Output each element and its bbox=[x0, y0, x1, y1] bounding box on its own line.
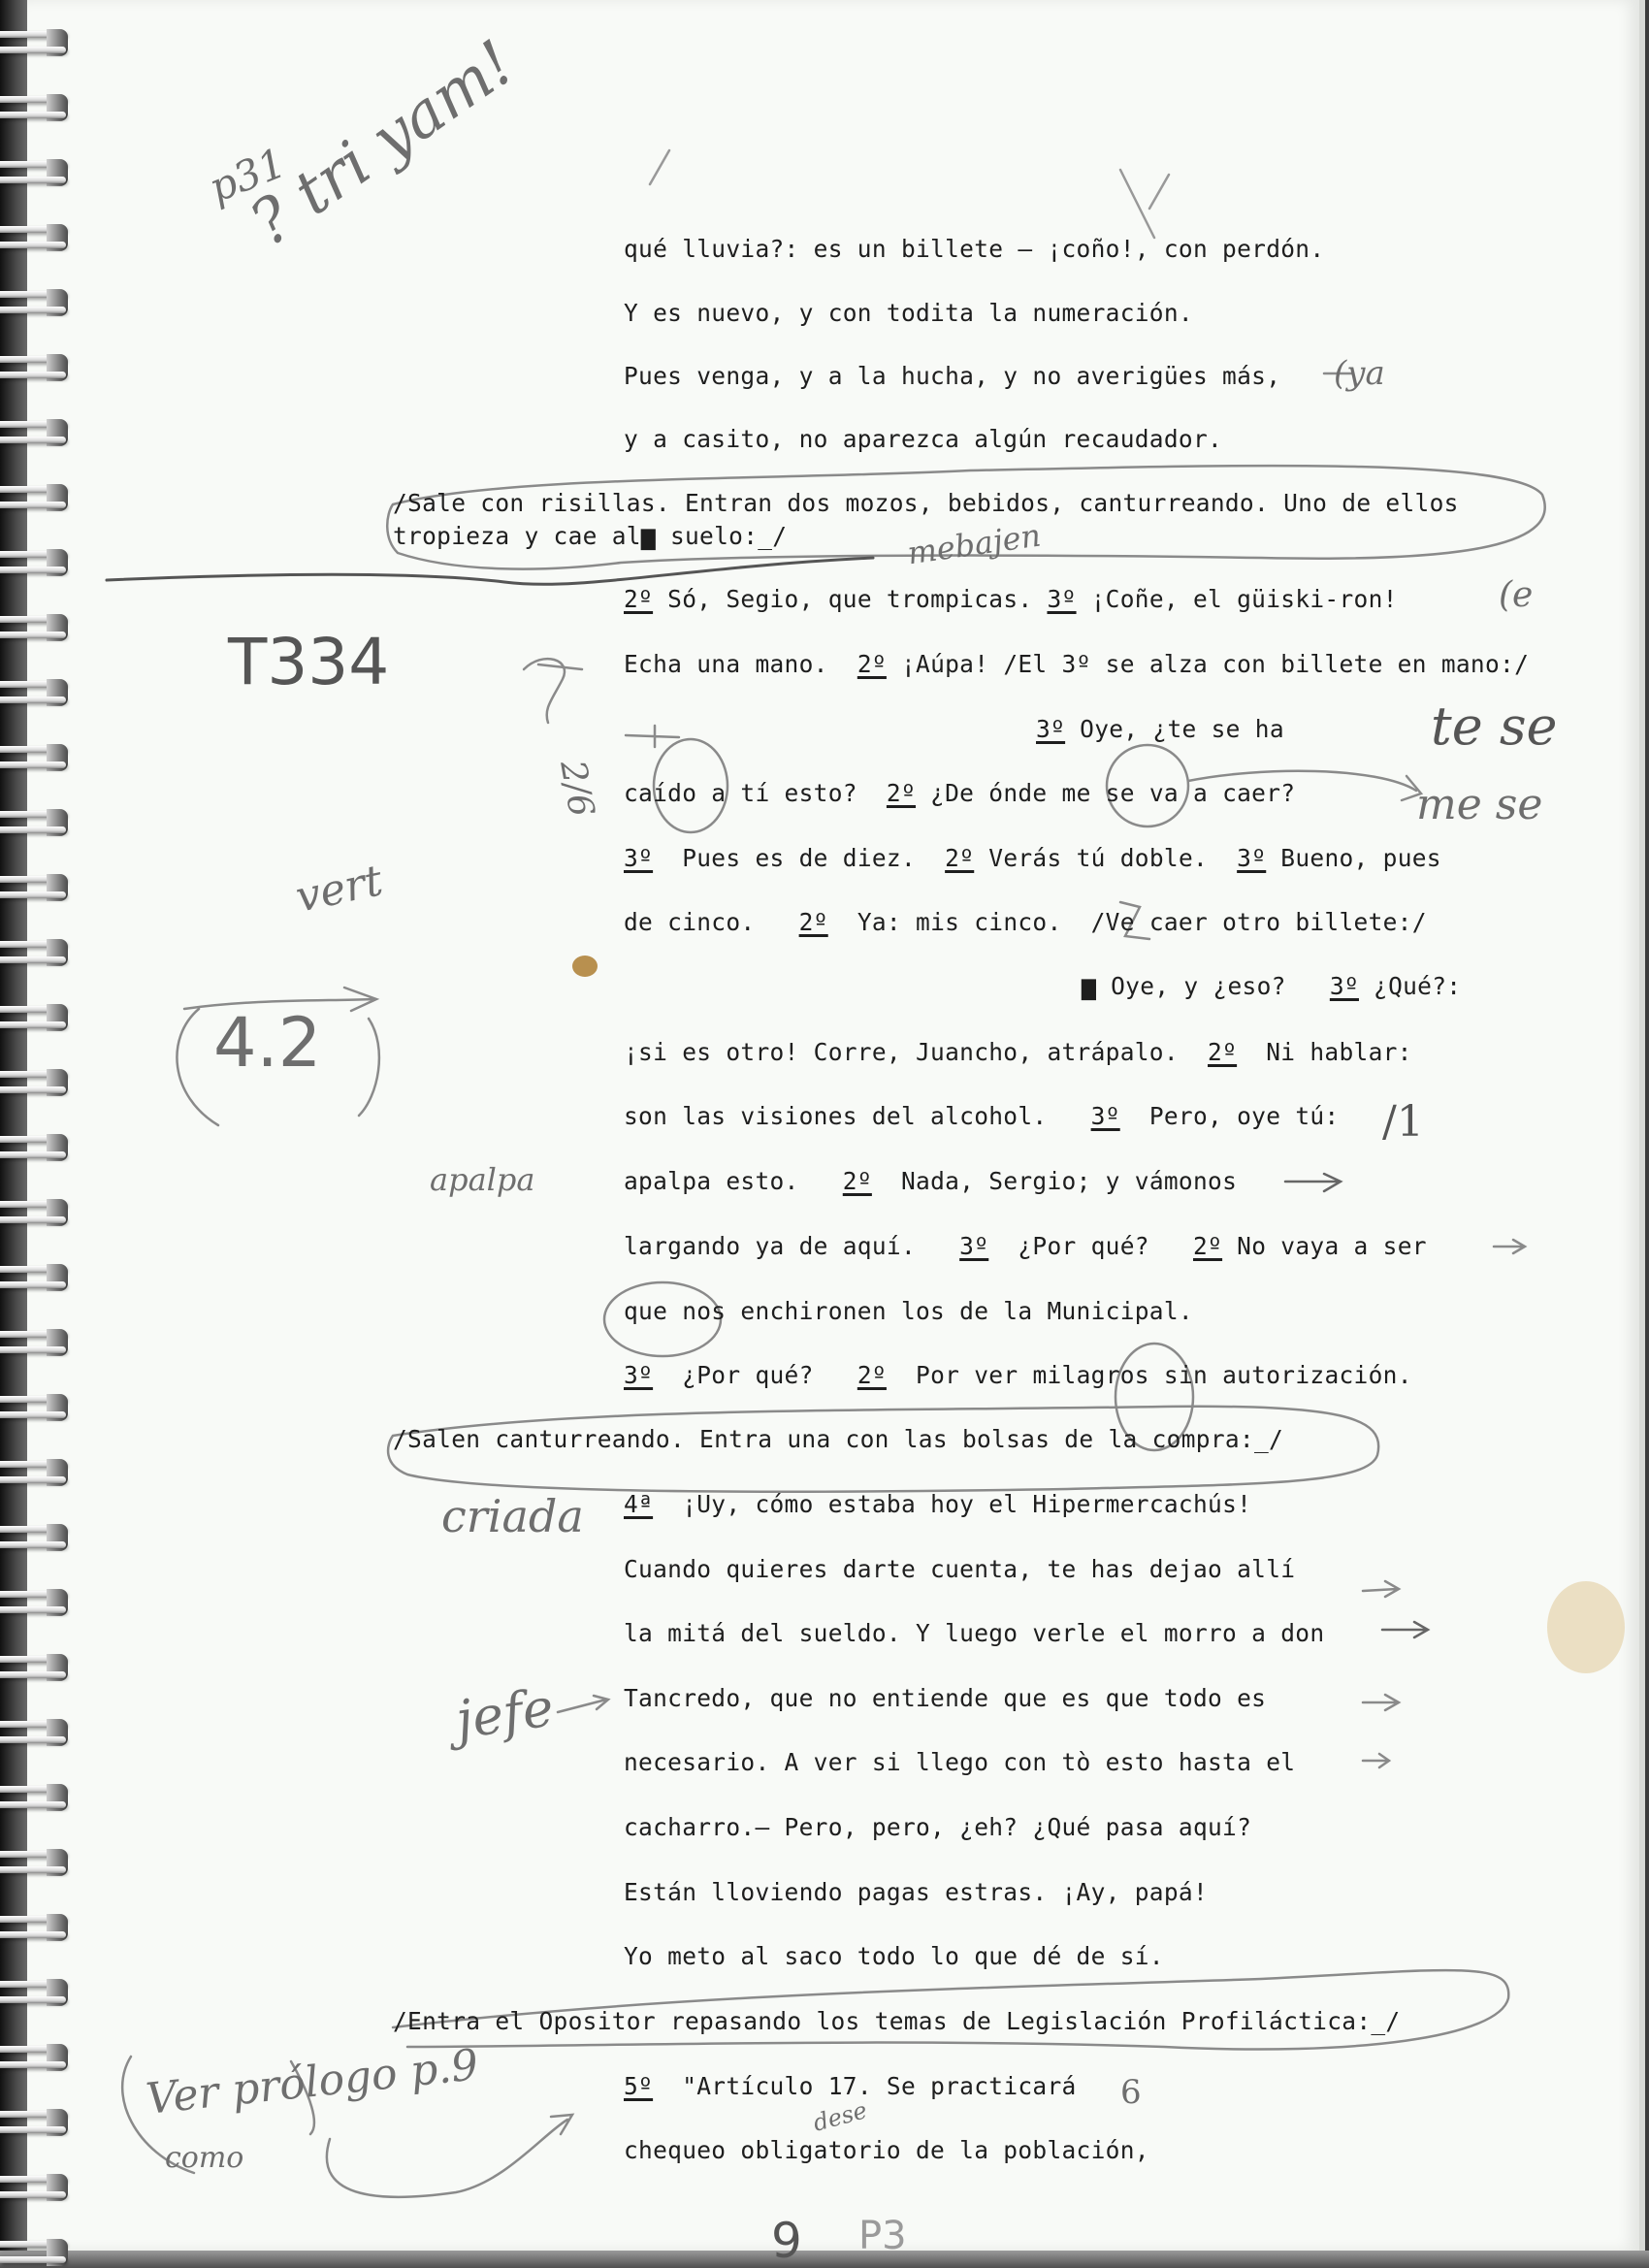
spiral-ring bbox=[0, 1589, 70, 1618]
spiral-ring-cap bbox=[47, 614, 68, 641]
spiral-ring-cap bbox=[47, 809, 68, 836]
dialogue-line: Echa una mano. 2º ¡Aúpa! /El 3º se alza … bbox=[624, 650, 1529, 679]
spiral-ring-cap bbox=[47, 1914, 68, 1941]
spiral-ring-cap bbox=[47, 419, 68, 446]
speaker-label: 3º bbox=[959, 1232, 988, 1260]
line-text: ¡si es otro! Corre, Juancho, atrápalo. bbox=[624, 1038, 1208, 1066]
spiral-ring bbox=[0, 224, 70, 253]
line-text: ¿Por qué? bbox=[988, 1232, 1193, 1260]
annotation-jefe: jefe bbox=[453, 1681, 557, 1746]
annotation-t334: T334 bbox=[228, 631, 389, 695]
dialogue-line: 3º ¿Por qué? 2º Por ver milagros sin aut… bbox=[624, 1361, 1412, 1390]
dialogue-line: ¡si es otro! Corre, Juancho, atrápalo. 2… bbox=[624, 1038, 1412, 1067]
spiral-ring-cap bbox=[47, 1654, 68, 1681]
line-text: Echa una mano. bbox=[624, 650, 857, 678]
spiral-ring-cap bbox=[47, 2044, 68, 2071]
stage-direction-line: /Salen canturreando. Entra una con las b… bbox=[393, 1425, 1283, 1454]
speaker-label: 2º bbox=[945, 844, 974, 872]
spiral-ring-cap bbox=[47, 939, 68, 966]
line-text: /Ve caer otro billete:/ bbox=[1091, 908, 1427, 936]
dialogue-line: Cuando quieres darte cuenta, te has deja… bbox=[624, 1555, 1295, 1584]
speaker-label: 2º bbox=[857, 1361, 887, 1389]
annotation-te-se: te se bbox=[1431, 700, 1558, 753]
spiral-ring bbox=[0, 679, 70, 708]
dialogue-line: la mitá del sueldo. Y luego verle el mor… bbox=[624, 1619, 1324, 1648]
line-text: Nada, Sergio; y vámonos bbox=[872, 1167, 1237, 1195]
line-text: Oye, ¿te se ha bbox=[1065, 715, 1284, 743]
annotation-ya: (ya bbox=[1334, 357, 1385, 390]
spiral-ring bbox=[0, 289, 70, 318]
spiral-ring bbox=[0, 2044, 70, 2073]
dialogue-line: necesario. A ver si llego con tò esto ha… bbox=[624, 1748, 1295, 1777]
line-text: ¡Aúpa! bbox=[887, 650, 1003, 678]
page-bottom-edge bbox=[0, 2251, 1649, 2268]
speaker-label: 2º bbox=[843, 1167, 872, 1195]
line-text: ¡Uy, cómo estaba hoy el Hipermercachús! bbox=[653, 1490, 1251, 1518]
page-number: 9 bbox=[771, 2217, 802, 2265]
line-text: que nos enchironen los de la Municipal. bbox=[624, 1297, 1193, 1325]
spiral-ring bbox=[0, 809, 70, 838]
line-text: Y es nuevo, y con todita la numeración. bbox=[624, 299, 1193, 327]
spiral-ring-cap bbox=[47, 354, 68, 381]
spiral-ring-cap bbox=[47, 1459, 68, 1486]
spiral-ring-cap bbox=[47, 29, 68, 56]
spiral-ring-cap bbox=[47, 1784, 68, 1811]
spiral-ring bbox=[0, 1979, 70, 2008]
dialogue-line: 3º Pues es de diez. 2º Verás tú doble. 3… bbox=[624, 844, 1441, 873]
annotation-p3: P3 bbox=[858, 2217, 907, 2255]
stain-spot bbox=[572, 956, 598, 977]
line-text: y a casito, no aparezca algún recaudador… bbox=[624, 425, 1222, 453]
speaker-label: 3º bbox=[1091, 1102, 1120, 1130]
spiral-ring bbox=[0, 939, 70, 968]
spiral-ring bbox=[0, 1849, 70, 1878]
annotation-como: como bbox=[165, 2144, 243, 2173]
speaker-label: 2º bbox=[799, 908, 828, 936]
line-text: apalpa esto. bbox=[624, 1167, 843, 1195]
speaker-label: 3º bbox=[624, 1361, 653, 1389]
spiral-ring bbox=[0, 1004, 70, 1033]
dialogue-line: de cinco. 2º Ya: mis cinco. /Ve caer otr… bbox=[624, 908, 1427, 937]
dialogue-line: que nos enchironen los de la Municipal. bbox=[624, 1297, 1193, 1326]
speaker-label: 3º bbox=[624, 844, 653, 872]
line-text: "Artículo 17. Se practicará bbox=[653, 2072, 1076, 2100]
stage-direction-text: /Entra el Opositor repasando los temas d… bbox=[393, 2007, 1400, 2035]
speaker-label: 4ª bbox=[624, 1490, 653, 1518]
spiral-ring bbox=[0, 2174, 70, 2203]
spiral-ring bbox=[0, 1199, 70, 1228]
spiral-ring-cap bbox=[47, 1524, 68, 1551]
line-text: Pues venga, y a la hucha, y no averigües… bbox=[624, 362, 1280, 390]
spiral-ring bbox=[0, 1459, 70, 1488]
spiral-ring-cap bbox=[47, 2109, 68, 2136]
spiral-ring-cap bbox=[47, 484, 68, 511]
speaker-label: 2º bbox=[857, 650, 887, 678]
water-stain bbox=[1547, 1581, 1625, 1673]
spiral-ring-cap bbox=[47, 159, 68, 186]
line-text: qué lluvia?: es un billete — ¡coño!, con… bbox=[624, 235, 1324, 263]
spiral-ring bbox=[0, 94, 70, 123]
line-text: Verás tú doble. bbox=[974, 844, 1237, 872]
dialogue-line: y a casito, no aparezca algún recaudador… bbox=[624, 425, 1222, 454]
line-text: Están lloviendo pagas estras. ¡Ay, papá! bbox=[624, 1878, 1208, 1906]
speaker-label: 2º bbox=[1208, 1038, 1237, 1066]
dialogue-line: qué lluvia?: es un billete — ¡coño!, con… bbox=[624, 235, 1324, 264]
line-text: Pues es de diez. bbox=[653, 844, 945, 872]
spiral-ring bbox=[0, 1329, 70, 1358]
spiral-ring bbox=[0, 1914, 70, 1943]
dialogue-line: largando ya de aquí. 3º ¿Por qué? 2º No … bbox=[624, 1232, 1427, 1261]
line-text: ¡Coñe, el güiski-ron! bbox=[1077, 585, 1398, 613]
spiral-ring-cap bbox=[47, 1719, 68, 1746]
spiral-ring bbox=[0, 484, 70, 513]
line-text: de cinco. bbox=[624, 908, 799, 936]
spiral-ring bbox=[0, 1264, 70, 1293]
line-text: ¿Qué?: bbox=[1359, 972, 1461, 1000]
spiral-ring bbox=[0, 1784, 70, 1813]
spiral-ring bbox=[0, 2239, 70, 2268]
spiral-ring bbox=[0, 1069, 70, 1098]
dialogue-line: caído a tí esto? 2º ¿De ónde me se va a … bbox=[624, 779, 1295, 808]
dialogue-line: Pues venga, y a la hucha, y no averigües… bbox=[624, 362, 1280, 391]
spiral-ring bbox=[0, 614, 70, 643]
annotation-me-se: me se bbox=[1416, 784, 1542, 826]
spiral-ring-cap bbox=[47, 1264, 68, 1291]
spiral-ring bbox=[0, 1719, 70, 1748]
spiral-ring bbox=[0, 1654, 70, 1683]
line-text: Só, Segio, que trompicas. bbox=[653, 585, 1047, 613]
stage-direction-text: /Sale con risillas. Entran dos mozos, be… bbox=[393, 489, 1459, 517]
dialogue-line: Tancredo, que no entiende que es que tod… bbox=[624, 1684, 1266, 1713]
spiral-ring bbox=[0, 1134, 70, 1163]
line-text: Por ver milagros sin autorización. bbox=[887, 1361, 1412, 1389]
line-text: cacharro.— Pero, pero, ¿eh? ¿Qué pasa aq… bbox=[624, 1813, 1251, 1841]
spiral-ring-cap bbox=[47, 1199, 68, 1226]
line-text: ¿Por qué? bbox=[653, 1361, 857, 1389]
line-text: largando ya de aquí. bbox=[624, 1232, 959, 1260]
spiral-ring bbox=[0, 419, 70, 448]
spiral-ring-cap bbox=[47, 549, 68, 576]
spiral-ring-cap bbox=[47, 679, 68, 706]
spiral-ring-cap bbox=[47, 1069, 68, 1096]
spiral-ring-cap bbox=[47, 1589, 68, 1616]
annotation-six: 6 bbox=[1120, 2076, 1142, 2109]
line-text: caído a tí esto? bbox=[624, 779, 887, 807]
speaker-label: 5º bbox=[624, 2072, 653, 2100]
stage-direction-text: /Salen canturreando. Entra una con las b… bbox=[393, 1425, 1283, 1453]
line-text: Yo meto al saco todo lo que dé de sí. bbox=[624, 1942, 1164, 1970]
line-text: Ni hablar: bbox=[1237, 1038, 1412, 1066]
speaker-label: 3º bbox=[1047, 585, 1076, 613]
annotation-criada: criada bbox=[441, 1494, 584, 1539]
spiral-ring-cap bbox=[47, 1134, 68, 1161]
line-text: Cuando quieres darte cuenta, te has deja… bbox=[624, 1555, 1295, 1583]
spiral-ring-cap bbox=[47, 1004, 68, 1031]
spiral-ring-cap bbox=[47, 94, 68, 121]
dialogue-line: ▆ Oye, y ¿eso? 3º ¿Qué?: bbox=[1082, 972, 1461, 1001]
line-text: Pero, oye tú: bbox=[1120, 1102, 1340, 1130]
dialogue-line: Yo meto al saco todo lo que dé de sí. bbox=[624, 1942, 1164, 1971]
line-text: ¿De ónde me se va a caer? bbox=[916, 779, 1295, 807]
spiral-ring-cap bbox=[47, 1849, 68, 1876]
dialogue-line: Y es nuevo, y con todita la numeración. bbox=[624, 299, 1193, 328]
spiral-ring bbox=[0, 1524, 70, 1553]
spiral-ring-cap bbox=[47, 2239, 68, 2266]
spiral-ring-cap bbox=[47, 224, 68, 251]
dialogue-line: 2º Só, Segio, que trompicas. 3º ¡Coñe, e… bbox=[624, 585, 1398, 614]
annotation-two-six: 2/6 bbox=[554, 758, 598, 819]
spiral-ring bbox=[0, 159, 70, 188]
line-text: Ya: mis cinco. bbox=[828, 908, 1091, 936]
dialogue-line: apalpa esto. 2º Nada, Sergio; y vámonos bbox=[624, 1167, 1237, 1196]
annotation-apalpa: apalpa bbox=[430, 1164, 534, 1195]
line-text: Tancredo, que no entiende que es que tod… bbox=[624, 1684, 1266, 1712]
dialogue-line: Están lloviendo pagas estras. ¡Ay, papá! bbox=[624, 1878, 1208, 1907]
spiral-ring bbox=[0, 2109, 70, 2138]
dialogue-line: 3º Oye, ¿te se ha bbox=[1036, 715, 1284, 744]
dialogue-line: son las visiones del alcohol. 3º Pero, o… bbox=[624, 1102, 1339, 1131]
annotation-four-two: 4.2 bbox=[213, 1009, 321, 1077]
line-text: necesario. A ver si llego con tò esto ha… bbox=[624, 1748, 1295, 1776]
spiral-ring-cap bbox=[47, 1394, 68, 1421]
spiral-ring bbox=[0, 1394, 70, 1423]
spiral-ring-cap bbox=[47, 1979, 68, 2006]
stage-direction-line: tropieza y cae al▆ suelo:_/ bbox=[393, 522, 787, 551]
speaker-label: 3º bbox=[1330, 972, 1359, 1000]
spiral-ring-cap bbox=[47, 1329, 68, 1356]
line-text: ▆ Oye, y ¿eso? bbox=[1082, 972, 1330, 1000]
dialogue-line: 5º "Artículo 17. Se practicará bbox=[624, 2072, 1077, 2101]
speaker-label: 2º bbox=[624, 585, 653, 613]
dialogue-line: 4ª ¡Uy, cómo estaba hoy el Hipermercachú… bbox=[624, 1490, 1251, 1519]
annotation-slash-one: /1 bbox=[1382, 1101, 1424, 1144]
line-text: Bueno, pues bbox=[1266, 844, 1441, 872]
speaker-label: 3º bbox=[1036, 715, 1065, 743]
dialogue-line: cacharro.— Pero, pero, ¿eh? ¿Qué pasa aq… bbox=[624, 1813, 1251, 1842]
stage-direction-text: tropieza y cae al▆ suelo:_/ bbox=[393, 522, 787, 550]
speaker-label: 2º bbox=[887, 779, 916, 807]
annotation-e-paren: (e bbox=[1499, 578, 1533, 613]
spiral-ring-cap bbox=[47, 289, 68, 316]
stage-direction-line: /Sale con risillas. Entran dos mozos, be… bbox=[393, 489, 1459, 518]
line-text: chequeo obligatorio de la población, bbox=[624, 2136, 1149, 2164]
spiral-ring-cap bbox=[47, 744, 68, 771]
line-text: son las visiones del alcohol. bbox=[624, 1102, 1091, 1130]
spiral-ring bbox=[0, 549, 70, 578]
spiral-ring-cap bbox=[47, 2174, 68, 2201]
spiral-ring bbox=[0, 29, 70, 58]
spiral-ring-cap bbox=[47, 874, 68, 901]
line-text: /El 3º se alza con billete en mano:/ bbox=[1003, 650, 1529, 678]
speaker-label: 3º bbox=[1237, 844, 1266, 872]
line-text: No vaya a ser bbox=[1222, 1232, 1427, 1260]
speaker-label: 2º bbox=[1193, 1232, 1222, 1260]
dialogue-line: chequeo obligatorio de la población, bbox=[624, 2136, 1149, 2165]
line-text: la mitá del sueldo. Y luego verle el mor… bbox=[624, 1619, 1324, 1647]
spiral-ring bbox=[0, 354, 70, 383]
stage-direction-line: /Entra el Opositor repasando los temas d… bbox=[393, 2007, 1400, 2036]
spiral-ring bbox=[0, 874, 70, 903]
spiral-ring bbox=[0, 744, 70, 773]
